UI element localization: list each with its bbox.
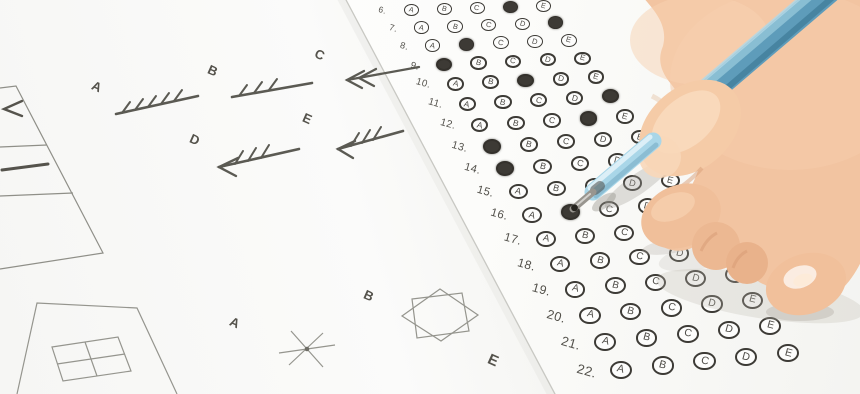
answer-bubble-6-a: A bbox=[404, 4, 419, 16]
question-number: 19. bbox=[520, 278, 552, 298]
question-number: 21. bbox=[550, 331, 582, 352]
answer-bubble-15-c: C bbox=[585, 178, 604, 194]
answer-bubble-14-a bbox=[496, 161, 515, 176]
answer-bubble-16-c: C bbox=[599, 201, 619, 217]
answer-bubble-18-b: B bbox=[590, 252, 610, 269]
bubble-letter: D bbox=[571, 93, 579, 103]
answer-bubble-11-d: D bbox=[566, 91, 583, 105]
bubble-letter: B bbox=[626, 306, 635, 318]
bubble-letter: E bbox=[714, 245, 723, 256]
answer-bubble-13-a bbox=[483, 139, 501, 154]
bubble-letter: D bbox=[707, 298, 717, 310]
answer-bubble-22-c: C bbox=[693, 352, 715, 370]
bubble-letter: D bbox=[674, 248, 683, 259]
answer-bubble-22-d: D bbox=[735, 348, 757, 366]
answer-bubble-21-c: C bbox=[677, 325, 699, 343]
bubble-letter: D bbox=[643, 201, 652, 212]
answer-bubble-17-c: C bbox=[614, 225, 634, 241]
answer-bubble-11-b: B bbox=[494, 95, 511, 109]
answer-bubble-10-e: E bbox=[588, 70, 605, 84]
bubble-letter: D bbox=[544, 55, 551, 64]
answer-bubble-9-b: B bbox=[470, 56, 486, 69]
bubble-letter: D bbox=[557, 74, 565, 83]
answer-bubble-15-d: D bbox=[623, 175, 642, 191]
answer-bubble-22-e: E bbox=[777, 344, 799, 362]
answer-bubble-10-a: A bbox=[447, 77, 464, 91]
answer-bubble-17-a: A bbox=[536, 231, 556, 247]
bubble-letter: E bbox=[698, 221, 707, 232]
bubble-letter: B bbox=[595, 255, 604, 266]
bubble-letter: A bbox=[418, 23, 425, 31]
answer-bubble-20-c: C bbox=[661, 299, 682, 317]
bubble-letter: B bbox=[611, 280, 620, 291]
bubble-letter: C bbox=[535, 95, 543, 105]
question-number: 12. bbox=[425, 114, 457, 132]
bubble-letter: B bbox=[475, 59, 482, 68]
answer-bubble-21-d: D bbox=[718, 321, 740, 339]
answer-bubble-13-d: D bbox=[594, 132, 612, 147]
answer-bubble-19-c: C bbox=[645, 274, 666, 291]
question-number: 15. bbox=[463, 181, 495, 200]
bubble-letter: C bbox=[590, 181, 599, 191]
answer-bubble-18-d: D bbox=[669, 245, 689, 262]
answer-bubble-10-d: D bbox=[553, 72, 570, 86]
bubble-letter: D bbox=[628, 178, 637, 188]
bubble-letter: E bbox=[565, 36, 572, 45]
bubble-letter: E bbox=[540, 2, 546, 10]
answer-bubble-15-b: B bbox=[547, 181, 566, 197]
bubble-letter: A bbox=[556, 258, 565, 269]
answer-bubble-20-a: A bbox=[579, 307, 600, 325]
answer-bubble-7-b: B bbox=[447, 20, 462, 33]
answer-bubble-6-e: E bbox=[536, 0, 551, 12]
bubble-letter: C bbox=[619, 227, 628, 238]
bubble-letter: E bbox=[748, 294, 757, 306]
answer-bubble-8-a: A bbox=[425, 39, 441, 52]
answer-bubble-12-b: B bbox=[507, 116, 525, 131]
bubble-letter: E bbox=[682, 198, 690, 209]
bubble-letter: C bbox=[509, 57, 516, 66]
answer-bubble-17-d: D bbox=[653, 221, 673, 237]
question-number: 7. bbox=[367, 17, 398, 34]
bubble-letter: D bbox=[531, 37, 538, 46]
question-number: 10. bbox=[401, 73, 433, 91]
answer-bubble-13-b: B bbox=[520, 137, 538, 152]
question-number: 11. bbox=[412, 93, 444, 111]
question-number: 9. bbox=[389, 54, 420, 71]
question-number: 16. bbox=[477, 204, 509, 223]
answer-bubble-19-e: E bbox=[725, 266, 746, 283]
bubble-letter: A bbox=[514, 186, 522, 196]
question-number: 20. bbox=[535, 305, 567, 325]
bubble-letter: A bbox=[463, 100, 471, 109]
answer-bubble-9-e: E bbox=[574, 52, 590, 65]
bubble-letter: A bbox=[408, 6, 414, 14]
answer-bubble-20-b: B bbox=[620, 303, 641, 321]
bubble-letter: C bbox=[576, 158, 585, 168]
bubble-letter: A bbox=[585, 310, 594, 322]
answer-bubble-16-b bbox=[561, 204, 581, 220]
bubble-letter: D bbox=[691, 273, 701, 285]
answer-bubble-9-d: D bbox=[540, 53, 556, 66]
bubble-letter: C bbox=[699, 355, 709, 367]
bubble-letter: D bbox=[598, 134, 606, 144]
answer-bubble-18-e: E bbox=[709, 242, 729, 259]
answer-bubble-13-c: C bbox=[557, 134, 575, 149]
bubble-letter: C bbox=[666, 302, 676, 314]
bubble-letter: B bbox=[499, 98, 507, 107]
answer-bubble-12-c: C bbox=[543, 113, 561, 128]
bubble-letter: A bbox=[601, 336, 610, 348]
bubble-letter: E bbox=[783, 347, 793, 359]
answer-bubble-19-b: B bbox=[605, 277, 626, 294]
bubble-letter: A bbox=[528, 210, 536, 221]
bubble-letter: D bbox=[519, 20, 526, 29]
bubble-letter: C bbox=[485, 21, 492, 30]
bubble-letter: C bbox=[562, 137, 570, 147]
bubble-letter: E bbox=[666, 175, 674, 185]
answer-sheet-grid: 6.ABCE7.ABCD8.ACDE9.BCDE10.ABDE11.ABCD12… bbox=[0, 0, 860, 394]
bubble-letter: E bbox=[621, 111, 629, 121]
bubble-letter: E bbox=[766, 320, 775, 332]
answer-bubble-16-a: A bbox=[522, 207, 542, 223]
answer-bubble-14-d: D bbox=[608, 153, 627, 168]
bubble-letter: B bbox=[642, 332, 651, 344]
bubble-letter: A bbox=[429, 41, 436, 50]
bubble-letter: E bbox=[636, 132, 644, 142]
bubble-letter: D bbox=[741, 351, 751, 363]
bubble-letter: C bbox=[683, 328, 693, 340]
bubble-letter: B bbox=[452, 22, 459, 30]
bubble-letter: B bbox=[658, 359, 668, 371]
answer-bubble-11-c: C bbox=[530, 93, 547, 107]
answer-bubble-7-d: D bbox=[515, 18, 530, 31]
question-number: 22. bbox=[566, 359, 599, 380]
answer-bubble-11-a: A bbox=[459, 97, 476, 111]
answer-bubble-22-a: A bbox=[610, 361, 632, 379]
answer-bubble-16-d: D bbox=[638, 198, 658, 214]
answer-bubble-8-e: E bbox=[561, 34, 577, 47]
question-number: 8. bbox=[378, 35, 409, 52]
answer-bubble-12-d bbox=[580, 111, 598, 126]
answer-bubble-14-b: B bbox=[533, 159, 552, 174]
answer-bubble-7-c: C bbox=[481, 19, 496, 32]
bubble-letter: C bbox=[548, 116, 556, 126]
answer-bubble-10-b: B bbox=[482, 75, 499, 89]
bubble-letter: B bbox=[552, 184, 560, 194]
bubble-letter: D bbox=[613, 156, 622, 166]
answer-bubble-18-a: A bbox=[550, 256, 570, 273]
bubble-letter: C bbox=[605, 204, 614, 215]
answer-bubble-16-e: E bbox=[676, 195, 696, 211]
question-number: 17. bbox=[491, 228, 523, 248]
bubble-letter: A bbox=[616, 364, 626, 376]
answer-bubble-12-a: A bbox=[471, 118, 489, 133]
bubble-letter: C bbox=[474, 4, 481, 12]
answer-bubble-7-e bbox=[548, 16, 563, 29]
answer-bubble-17-e: E bbox=[692, 218, 712, 234]
question-number: 13. bbox=[437, 136, 469, 154]
answer-bubble-9-c: C bbox=[505, 55, 521, 68]
bubble-letter: B bbox=[581, 231, 590, 242]
bubble-letter: B bbox=[538, 161, 546, 171]
answer-bubble-15-a: A bbox=[509, 184, 528, 200]
answer-bubble-21-a: A bbox=[594, 333, 616, 351]
answer-bubble-9-a bbox=[436, 58, 452, 71]
bubble-letter: B bbox=[512, 118, 520, 128]
answer-bubble-8-c: C bbox=[493, 36, 509, 49]
answer-bubble-20-e: E bbox=[742, 292, 763, 310]
answer-bubble-19-d: D bbox=[685, 270, 706, 287]
question-number: 6. bbox=[356, 0, 387, 15]
question-number: 14. bbox=[450, 158, 482, 177]
bubble-letter: C bbox=[497, 39, 504, 48]
photo-scene: A B C D E A B E 6.ABCE7.ABCD8.ACDE9.BCDE… bbox=[0, 0, 860, 394]
answer-bubble-13-e: E bbox=[631, 130, 649, 145]
answer-bubble-11-e bbox=[602, 89, 619, 103]
answer-bubble-8-b bbox=[459, 38, 475, 51]
bubble-letter: B bbox=[487, 78, 494, 87]
answer-bubble-12-e: E bbox=[616, 109, 634, 124]
answer-bubble-18-c: C bbox=[629, 249, 649, 266]
answer-bubble-7-a: A bbox=[414, 21, 429, 34]
answer-bubble-14-e: E bbox=[645, 151, 664, 166]
answer-bubble-6-c: C bbox=[470, 2, 485, 14]
answer-bubble-20-d: D bbox=[701, 295, 722, 313]
bubble-letter: E bbox=[579, 54, 586, 63]
bubble-letter: E bbox=[651, 153, 659, 163]
bubble-letter: C bbox=[635, 251, 644, 262]
answer-bubble-21-b: B bbox=[636, 329, 658, 347]
answer-bubble-17-b: B bbox=[575, 228, 595, 244]
bubble-letter: A bbox=[570, 284, 579, 295]
bubble-letter: E bbox=[731, 269, 740, 280]
bubble-letter: C bbox=[650, 276, 660, 288]
bubble-letter: A bbox=[476, 120, 484, 130]
answer-bubble-8-d: D bbox=[527, 35, 543, 48]
answer-bubble-15-e: E bbox=[661, 173, 680, 189]
bubble-letter: E bbox=[592, 72, 599, 81]
answer-bubble-22-b: B bbox=[652, 356, 674, 374]
bubble-letter: B bbox=[525, 139, 533, 149]
bubble-letter: B bbox=[441, 5, 447, 13]
bubble-letter: D bbox=[724, 324, 734, 336]
bubble-letter: D bbox=[658, 224, 667, 235]
answer-bubble-10-c bbox=[517, 74, 534, 88]
bubble-letter: A bbox=[452, 79, 459, 88]
question-number: 18. bbox=[505, 253, 537, 273]
answer-bubble-14-c: C bbox=[571, 156, 590, 171]
answer-bubble-19-a: A bbox=[565, 281, 586, 298]
answer-bubble-6-b: B bbox=[437, 3, 452, 15]
bubble-letter: A bbox=[542, 234, 551, 245]
answer-bubble-6-d bbox=[503, 1, 518, 13]
answer-bubble-21-e: E bbox=[759, 317, 781, 335]
